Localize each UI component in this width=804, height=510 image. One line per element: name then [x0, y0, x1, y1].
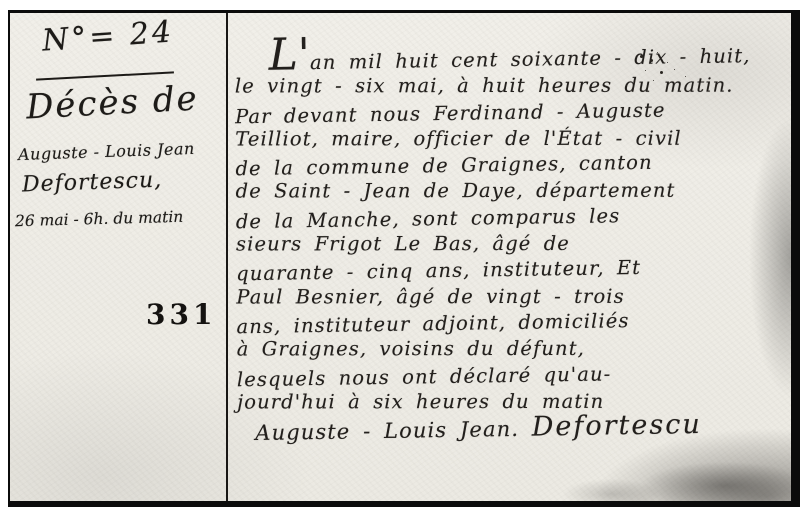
record-number: N°= 24: [41, 14, 175, 58]
margin-deceased-surname: Defortescu,: [22, 168, 163, 198]
ink-speckles: [640, 55, 643, 58]
margin-deceased-firstnames: Auguste - Louis Jean: [18, 139, 195, 164]
margin-rule-line: [226, 13, 228, 501]
act-signature-line: Auguste - Louis Jean. Defortescu: [237, 411, 782, 447]
signature-defortescu: Defortescu: [532, 409, 702, 443]
document-scan: N°= 24 Décès de Auguste - Louis Jean Def…: [0, 0, 804, 510]
act-line: à Graignes, voisins du défunt,: [237, 336, 782, 363]
margin-death-datetime: 26 mai - 6h. du matin: [15, 208, 184, 230]
act-body-text: L'an mil huit cent soixante - dix - huit…: [235, 45, 783, 444]
page-number: 331: [146, 298, 216, 331]
act-line: le vingt - six mai, à huit heures du mat…: [235, 73, 780, 100]
margin-title-deces-de: Décès de: [25, 79, 200, 128]
signature-line-prefix: Auguste - Louis Jean.: [255, 417, 532, 445]
record-number-underline: [36, 71, 174, 80]
register-page: N°= 24 Décès de Auguste - Louis Jean Def…: [8, 10, 800, 507]
